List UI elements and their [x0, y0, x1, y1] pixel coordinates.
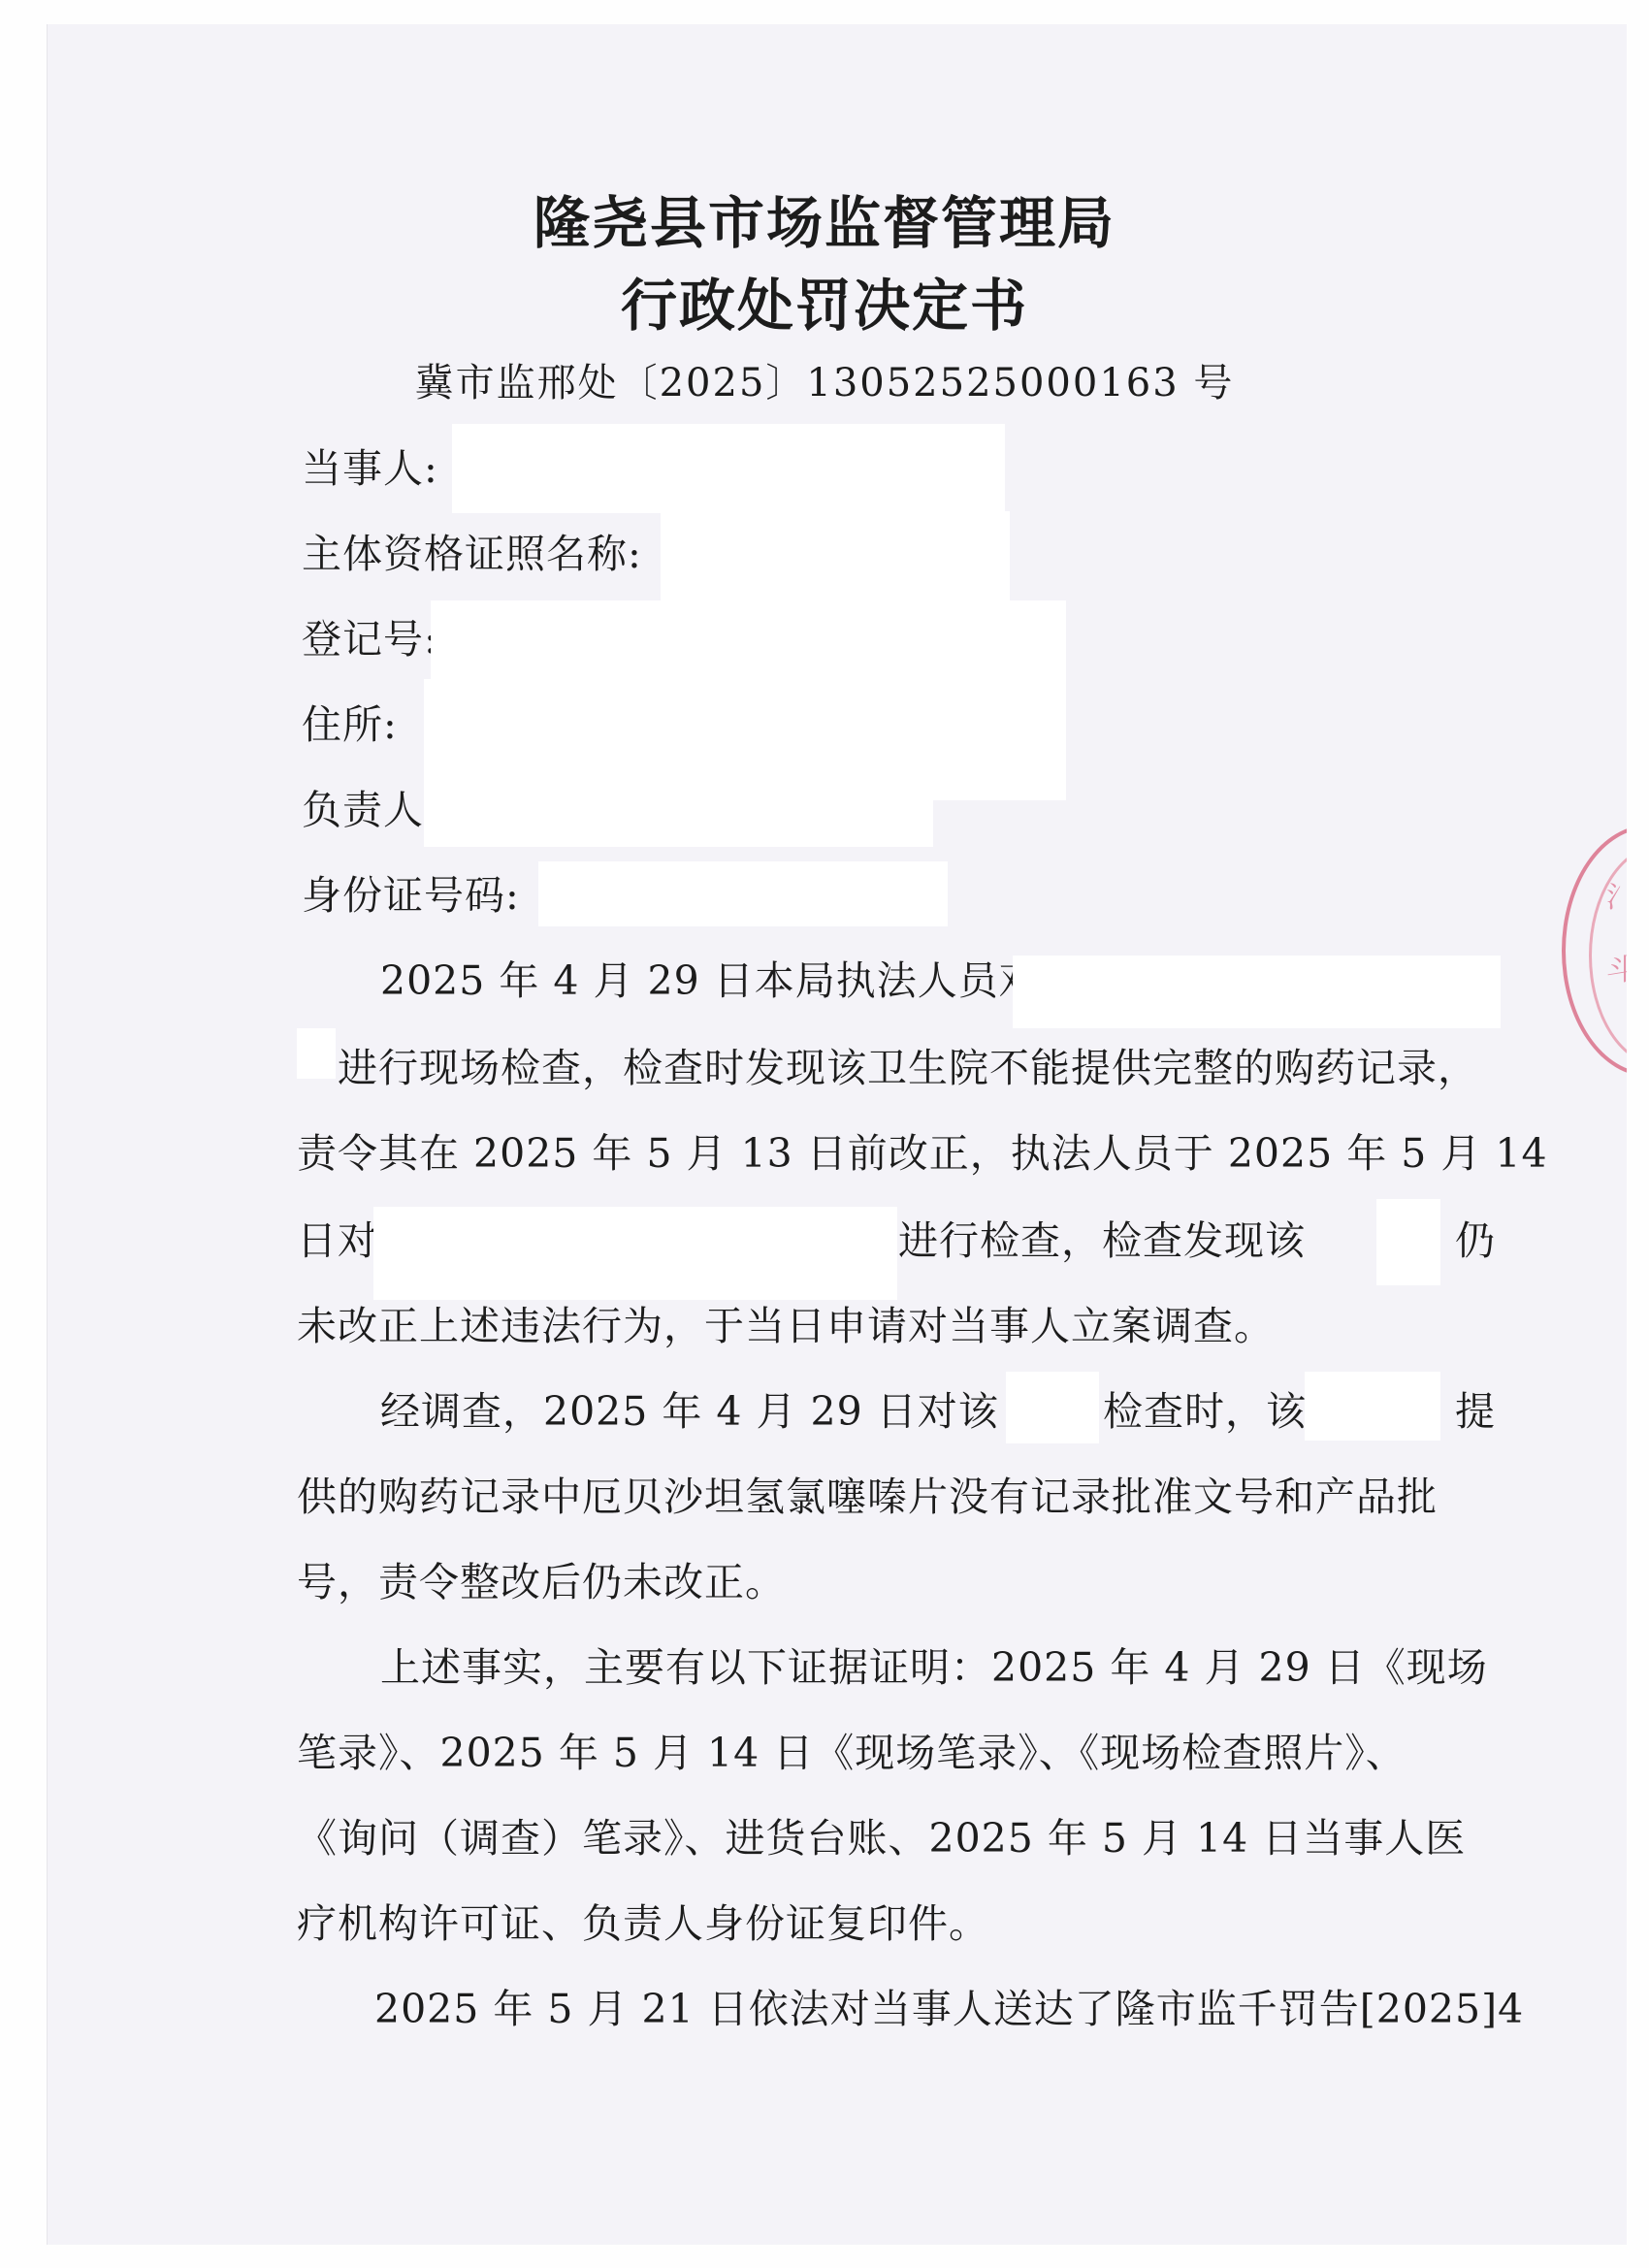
p1-line-4-end: 仍 — [1455, 1216, 1496, 1265]
p3-line-1: 上述事实，主要有以下证据证明：2025 年 4 月 29 日《现场 — [380, 1643, 1488, 1692]
redaction-p2-a — [1006, 1372, 1099, 1443]
agency-title: 隆尧县市场监督管理局 — [0, 189, 1649, 257]
p1-line-4-start: 日对 — [297, 1216, 378, 1265]
redaction-id-number — [538, 861, 948, 926]
p1-line-3: 责令其在 2025 年 5 月 13 日前改正，执法人员于 2025 年 5 月… — [297, 1129, 1548, 1178]
p1-line-4-mid: 进行检查，检查发现该 — [898, 1216, 1306, 1265]
redaction-p1-target — [1013, 956, 1501, 1028]
p1-line-5: 未改正上述违法行为，于当日申请对当事人立案调查。 — [297, 1302, 1275, 1350]
redaction-party — [452, 424, 1005, 513]
scan-margin-right — [1627, 0, 1649, 2268]
p2-line-1-start: 经调查，2025 年 4 月 29 日对该 — [380, 1387, 999, 1436]
p4-line-1: 2025 年 5 月 21 日依法对当事人送达了隆市监千罚告[2025]4 — [374, 1985, 1524, 2033]
document-number: 冀市监邢处〔2025〕13052525000163 号 — [0, 359, 1649, 407]
field-label-license-name: 主体资格证照名称: — [302, 530, 642, 578]
p3-line-2: 笔录》、2025 年 5 月 14 日《现场笔录》、《现场检查照片》、 — [297, 1729, 1406, 1777]
p2-line-1-end: 提 — [1455, 1387, 1496, 1436]
redaction-p1-target-2 — [373, 1207, 897, 1300]
redaction-p2-b — [1305, 1372, 1440, 1441]
redaction-license-name — [661, 511, 1010, 600]
redaction-responsible-person — [424, 766, 933, 847]
field-label-responsible-person: 负责人 — [302, 786, 424, 834]
p2-line-1-mid: 检查时，该 — [1103, 1387, 1307, 1436]
p3-line-3: 《询问（调查）笔录》、进货台账、2025 年 5 月 14 日当事人医 — [297, 1814, 1466, 1863]
p2-line-2: 供的购药记录中厄贝沙坦氢氯噻嗪片没有记录批准文号和产品批 — [297, 1473, 1438, 1521]
redaction-p1-target-cont — [297, 1028, 336, 1079]
field-label-registration-no: 登记号: — [302, 615, 438, 664]
document-type-title: 行政处罚决定书 — [0, 272, 1649, 340]
p1-line-2: 进行现场检查，检查时发现该卫生院不能提供完整的购药记录， — [338, 1044, 1478, 1092]
field-label-party: 当事人: — [302, 444, 438, 493]
field-label-address: 住所: — [302, 700, 398, 749]
field-label-id-number: 身份证号码: — [302, 871, 520, 920]
redaction-p1-target-3 — [1376, 1199, 1440, 1285]
p1-line-1: 2025 年 4 月 29 日本局执法人员对 — [380, 956, 1040, 1005]
p3-line-4: 疗机构许可证、负责人身份证复印件。 — [297, 1899, 989, 1948]
p2-line-3: 号，责令整改后仍未改正。 — [297, 1558, 786, 1606]
